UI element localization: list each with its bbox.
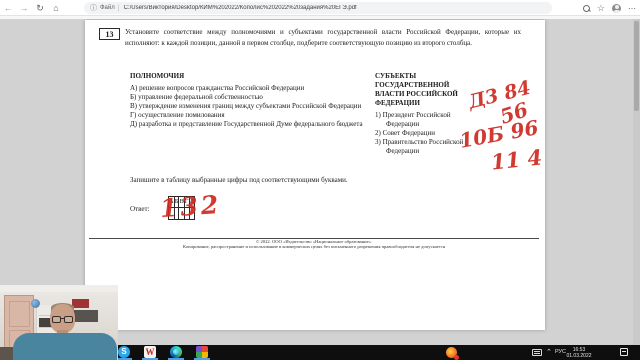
notification-center-icon[interactable]: [620, 348, 628, 356]
globe-icon: [31, 299, 40, 308]
language-indicator[interactable]: РУС: [555, 349, 566, 355]
scrollbar-thumb[interactable]: [634, 21, 639, 111]
forward-icon[interactable]: →: [16, 0, 32, 16]
glasses-right-lens: [64, 316, 73, 323]
item-label: 1): [375, 111, 381, 119]
zoom-icon[interactable]: [583, 5, 590, 12]
touch-keyboard-icon[interactable]: [532, 349, 542, 356]
powers-column: ПОЛНОМОЧИЯ А) решение вопросов гражданст…: [130, 72, 368, 129]
list-item: 1) Президент Российской Федерации: [375, 111, 475, 129]
item-text: Правительство Российской Федерации: [383, 138, 464, 155]
item-label: В): [130, 102, 137, 110]
webcam-foreground-object: [0, 347, 13, 360]
w-app-icon[interactable]: W: [144, 346, 156, 358]
tray-chevron-icon[interactable]: ⌃: [546, 348, 552, 356]
list-item: В) утверждение изменения границ между су…: [130, 102, 368, 111]
item-text: Совет Федерации: [383, 129, 435, 137]
webcam-red-box: [72, 299, 89, 308]
tray-browser-icon[interactable]: [446, 347, 457, 358]
clock-date: 01.03.2022: [566, 353, 592, 359]
document-page: 13 Установите соответствие между полномо…: [85, 20, 545, 330]
item-label: А): [130, 84, 137, 92]
refresh-icon[interactable]: ↻: [32, 0, 48, 16]
browser-toolbar: ← → ↻ ⌂ ⓘ Файл | C:/Users/Виктория/Deskt…: [0, 0, 640, 16]
address-separator: |: [118, 5, 120, 12]
list-item: Г) осуществление помилования: [130, 111, 368, 120]
item-label: 3): [375, 138, 381, 146]
task-text: Установите соответствие между полномочия…: [125, 27, 521, 48]
item-label: Д): [130, 120, 137, 128]
home-icon[interactable]: ⌂: [48, 0, 64, 16]
item-text: Президент Российской Федерации: [383, 111, 451, 128]
webcam-overlay: [0, 285, 118, 360]
handwritten-answer-digits: 132: [159, 190, 222, 223]
colorful-app-icon[interactable]: [196, 346, 208, 358]
notification-badge: [454, 355, 459, 360]
more-menu-icon[interactable]: ⋯: [628, 4, 636, 13]
toolbar-substrip: [0, 16, 640, 19]
item-label: Б): [130, 93, 136, 101]
list-item: Д) разработка и представление Государств…: [130, 120, 368, 129]
item-label: 2): [375, 129, 381, 137]
person-torso: [13, 333, 117, 360]
item-text: решение вопросов гражданства Российской …: [139, 84, 304, 92]
subjects-title: СУБЪЕКТЫ ГОСУДАРСТВЕННОЙ ВЛАСТИ РОССИЙСК…: [375, 72, 475, 108]
list-item: Б) управление федеральной собственностью: [130, 93, 368, 102]
file-path: C:/Users/Виктория/Desktop/КИМ%202022/Коп…: [124, 5, 357, 11]
skype-icon[interactable]: S: [118, 346, 130, 358]
item-text: управление федеральной собственностью: [138, 93, 263, 101]
taskbar-clock[interactable]: 16:53 01.03.2022: [566, 347, 592, 359]
edge-browser-icon[interactable]: [170, 346, 182, 358]
handwritten-annotation: 11 4: [490, 144, 543, 174]
info-icon[interactable]: ⓘ: [90, 3, 97, 13]
file-scheme-label: Файл: [100, 5, 115, 11]
item-text: разработка и представление Государственн…: [139, 120, 363, 128]
screen: ← → ↻ ⌂ ⓘ Файл | C:/Users/Виктория/Deskt…: [0, 0, 640, 360]
item-text: утверждение изменения границ между субъе…: [139, 102, 362, 110]
webcam-ceiling: [0, 285, 118, 292]
profile-icon[interactable]: [612, 4, 621, 13]
list-item: А) решение вопросов гражданства Российск…: [130, 84, 368, 93]
item-label: Г): [130, 111, 136, 119]
address-bar[interactable]: ⓘ Файл | C:/Users/Виктория/Desktop/КИМ%2…: [84, 2, 552, 14]
item-text: осуществление помилования: [138, 111, 225, 119]
glasses-bridge: [60, 318, 65, 319]
answer-label: Ответ:: [130, 205, 150, 213]
powers-title: ПОЛНОМОЧИЯ: [130, 72, 368, 80]
vertical-scrollbar[interactable]: [633, 19, 640, 345]
favorites-icon[interactable]: ☆: [597, 3, 605, 13]
copyright-notice: Копирование, распространение и использов…: [85, 244, 543, 249]
task-number-box: 13: [99, 28, 120, 40]
instruction-text: Запишите в таблицу выбранные цифры под с…: [130, 176, 522, 184]
back-icon[interactable]: ←: [0, 0, 16, 16]
